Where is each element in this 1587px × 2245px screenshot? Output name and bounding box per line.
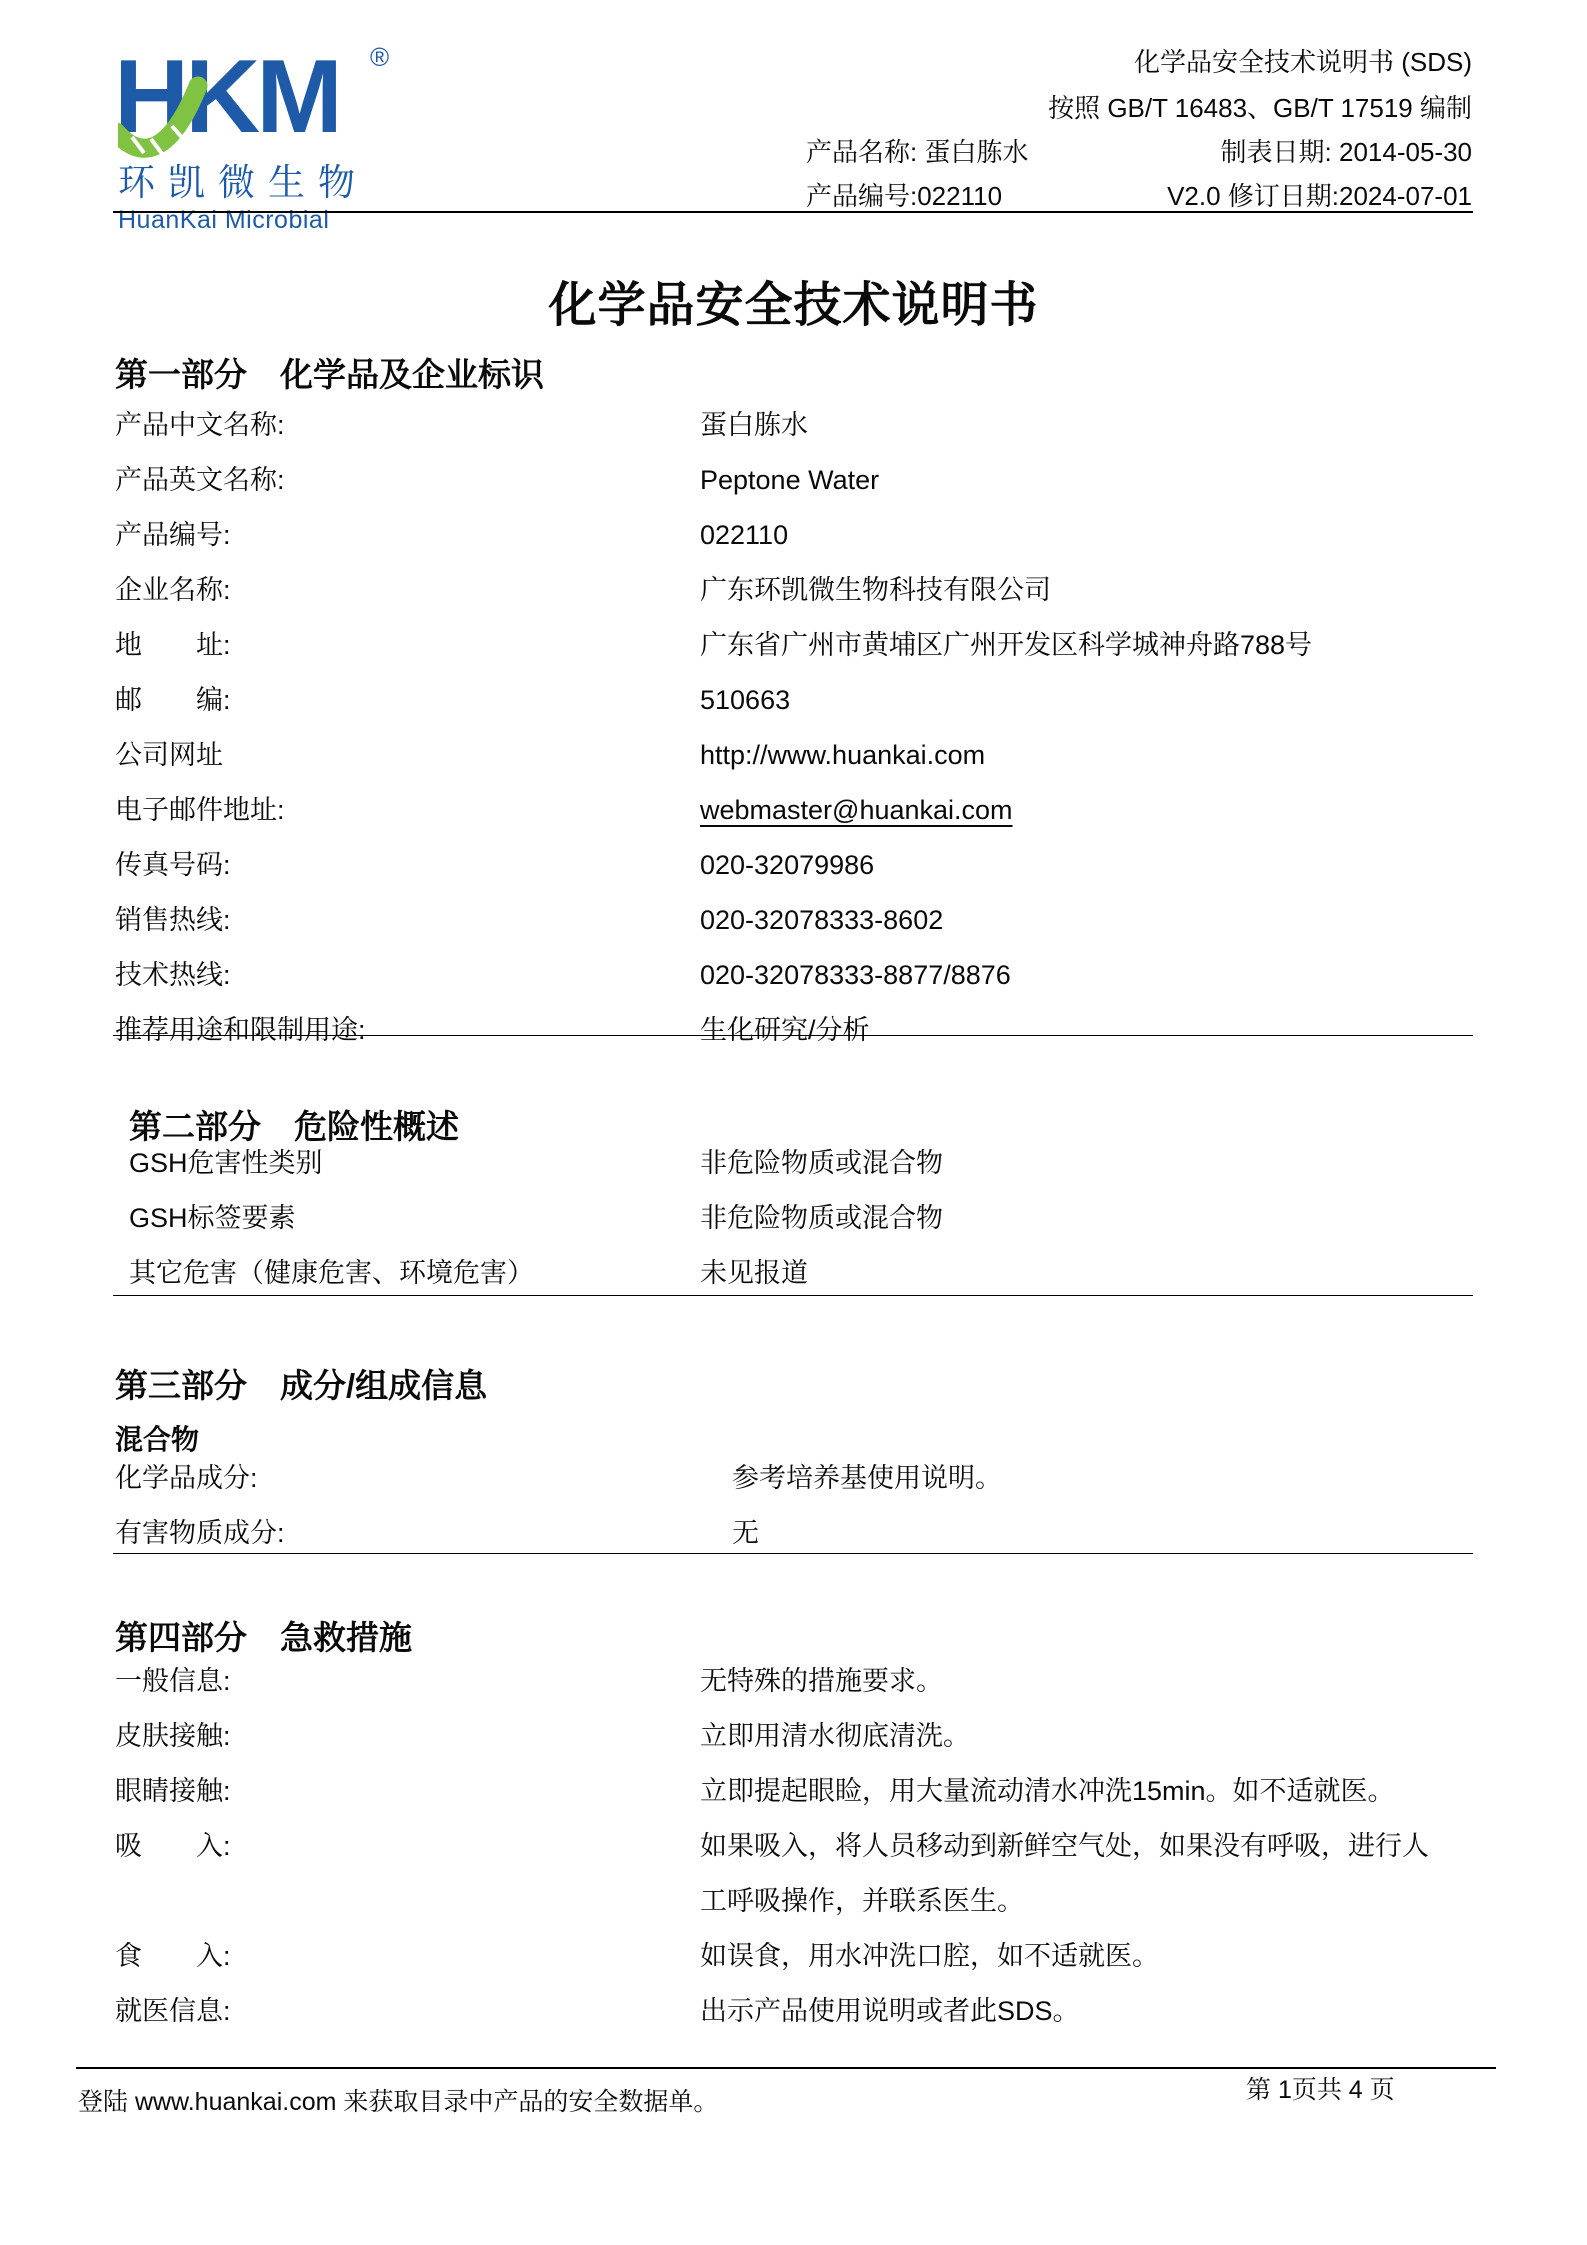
field-value: 022110 [700, 508, 788, 563]
email-link[interactable]: webmaster@huankai.com [700, 783, 1013, 838]
field-value: 生化研究/分析 [700, 1003, 870, 1058]
row-general-info: 一般信息: 无特殊的措施要求。 [115, 1654, 1473, 1709]
field-label: 吸 入: [115, 1819, 700, 1929]
row-ghs-label-elements: GSH标签要素 非危险物质或混合物 [129, 1191, 1473, 1246]
row-email: 电子邮件地址: webmaster@huankai.com [115, 783, 1473, 838]
section-2-rows: GSH危害性类别 非危险物质或混合物 GSH标签要素 非危险物质或混合物 其它危… [129, 1136, 1473, 1301]
sds-document-page: HKM ® 环凯微生物 HuanKai Microbial 化学品安全技术说明书… [0, 0, 1587, 2245]
field-label: 传真号码: [115, 838, 700, 893]
field-value: 020-32079986 [700, 838, 874, 893]
section-1-rows: 产品中文名称: 蛋白胨水 产品英文名称: Peptone Water 产品编号:… [115, 398, 1473, 1058]
field-value: 510663 [700, 673, 790, 728]
field-value: 广东省广州市黄埔区广州开发区科学城神舟路788号 [700, 618, 1312, 673]
field-label: 电子邮件地址: [115, 783, 700, 838]
footer-note: 登陆 www.huankai.com 来获取目录中产品的安全数据单。 [78, 2082, 718, 2118]
field-label: 企业名称: [115, 563, 700, 618]
field-label: 邮 编: [115, 673, 700, 728]
field-label: 技术热线: [115, 948, 700, 1003]
field-label: 推荐用途和限制用途: [115, 1003, 700, 1058]
field-label: 产品中文名称: [115, 398, 700, 453]
field-label: 公司网址 [115, 728, 700, 783]
section-3-title: 第三部分 成分/组成信息 [115, 1360, 487, 1407]
header-standard-note: 按照 GB/T 16483、GB/T 17519 编制 [1048, 88, 1472, 125]
row-eye-contact: 眼睛接触: 立即提起眼睑，用大量流动清水冲洗15min。如不适就医。 [115, 1764, 1473, 1819]
row-sales-hotline: 销售热线: 020-32078333-8602 [115, 893, 1473, 948]
row-skin-contact: 皮肤接触: 立即用清水彻底清洗。 [115, 1709, 1473, 1764]
field-label: GSH危害性类别 [129, 1136, 700, 1191]
row-recommended-use: 推荐用途和限制用途: 生化研究/分析 [115, 1003, 1473, 1058]
section-1-title: 第一部分 化学品及企业标识 [115, 349, 544, 396]
field-value: 020-32078333-8602 [700, 893, 943, 948]
field-label: 眼睛接触: [115, 1764, 700, 1819]
row-other-hazards: 其它危害（健康危害、环境危害） 未见报道 [129, 1246, 1473, 1301]
section-3-rows: 化学品成分: 参考培养基使用说明。 有害物质成分: 无 [115, 1451, 1473, 1561]
field-label: GSH标签要素 [129, 1191, 700, 1246]
field-value: 非危险物质或混合物 [700, 1191, 943, 1246]
field-value: 未见报道 [700, 1246, 808, 1301]
field-label: 就医信息: [115, 1984, 700, 2039]
header-doc-type: 化学品安全技术说明书 (SDS) [1134, 42, 1472, 79]
row-chemical-components: 化学品成分: 参考培养基使用说明。 [115, 1451, 1473, 1506]
section-4-rows: 一般信息: 无特殊的措施要求。 皮肤接触: 立即用清水彻底清洗。 眼睛接触: 立… [115, 1654, 1473, 2039]
hkm-logo-mark: HKM ® [118, 36, 398, 158]
field-value: 立即提起眼睑，用大量流动清水冲洗15min。如不适就医。 [700, 1764, 1395, 1819]
field-value: 如误食，用水冲洗口腔，如不适就医。 [700, 1929, 1159, 1984]
row-product-code: 产品编号: 022110 [115, 508, 1473, 563]
field-value: 立即用清水彻底清洗。 [700, 1709, 970, 1764]
field-label: 化学品成分: [115, 1451, 732, 1506]
field-label: 皮肤接触: [115, 1709, 700, 1764]
field-value: 无特殊的措施要求。 [700, 1654, 943, 1709]
field-label: 其它危害（健康危害、环境危害） [129, 1246, 700, 1301]
logo-cn-name: 环凯微生物 [118, 152, 408, 206]
field-label: 食 入: [115, 1929, 700, 1984]
row-website: 公司网址 http://www.huankai.com [115, 728, 1473, 783]
row-company-name: 企业名称: 广东环凯微生物科技有限公司 [115, 563, 1473, 618]
row-product-en-name: 产品英文名称: Peptone Water [115, 453, 1473, 508]
row-fax: 传真号码: 020-32079986 [115, 838, 1473, 893]
field-value: 出示产品使用说明或者此SDS。 [700, 1984, 1080, 2039]
row-postal-code: 邮 编: 510663 [115, 673, 1473, 728]
company-logo: HKM ® 环凯微生物 HuanKai Microbial [118, 36, 408, 235]
field-value: 如果吸入，将人员移动到新鲜空气处，如果没有呼吸，进行人工呼吸操作，并联系医生。 [700, 1819, 1445, 1929]
footer-divider [76, 2067, 1496, 2069]
section-4-title: 第四部分 急救措施 [115, 1612, 412, 1659]
page-number: 第 1页共 4 页 [1246, 2070, 1395, 2106]
field-label: 一般信息: [115, 1654, 700, 1709]
field-value: 蛋白胨水 [700, 398, 808, 453]
field-value: 参考培养基使用说明。 [732, 1451, 1002, 1506]
header-revision-date: V2.0 修订日期:2024-07-01 [1167, 176, 1472, 213]
section-divider [113, 1035, 1473, 1036]
header-divider [113, 211, 1473, 213]
row-tech-hotline: 技术热线: 020-32078333-8877/8876 [115, 948, 1473, 1003]
field-value: 广东环凯微生物科技有限公司 [700, 563, 1051, 618]
header-table-date: 制表日期: 2014-05-30 [1221, 132, 1472, 169]
header-product-name: 产品名称: 蛋白胨水 [806, 132, 1028, 169]
field-label: 地 址: [115, 618, 700, 673]
row-ghs-hazard-class: GSH危害性类别 非危险物质或混合物 [129, 1136, 1473, 1191]
field-label: 产品编号: [115, 508, 700, 563]
field-label: 销售热线: [115, 893, 700, 948]
page-title: 化学品安全技术说明书 [0, 266, 1587, 335]
row-product-cn-name: 产品中文名称: 蛋白胨水 [115, 398, 1473, 453]
row-medical-info: 就医信息: 出示产品使用说明或者此SDS。 [115, 1984, 1473, 2039]
field-label: 产品英文名称: [115, 453, 700, 508]
header-product-code: 产品编号:022110 [806, 176, 1002, 213]
section-divider [113, 1553, 1473, 1554]
row-ingestion: 食 入: 如误食，用水冲洗口腔，如不适就医。 [115, 1929, 1473, 1984]
row-inhalation: 吸 入: 如果吸入，将人员移动到新鲜空气处，如果没有呼吸，进行人工呼吸操作，并联… [115, 1819, 1473, 1929]
registered-trademark-icon: ® [370, 42, 389, 72]
website-value: http://www.huankai.com [700, 728, 985, 783]
field-value: 020-32078333-8877/8876 [700, 948, 1011, 1003]
row-address: 地 址: 广东省广州市黄埔区广州开发区科学城神舟路788号 [115, 618, 1473, 673]
field-value: 非危险物质或混合物 [700, 1136, 943, 1191]
section-divider [113, 1295, 1473, 1296]
field-value: Peptone Water [700, 453, 879, 508]
